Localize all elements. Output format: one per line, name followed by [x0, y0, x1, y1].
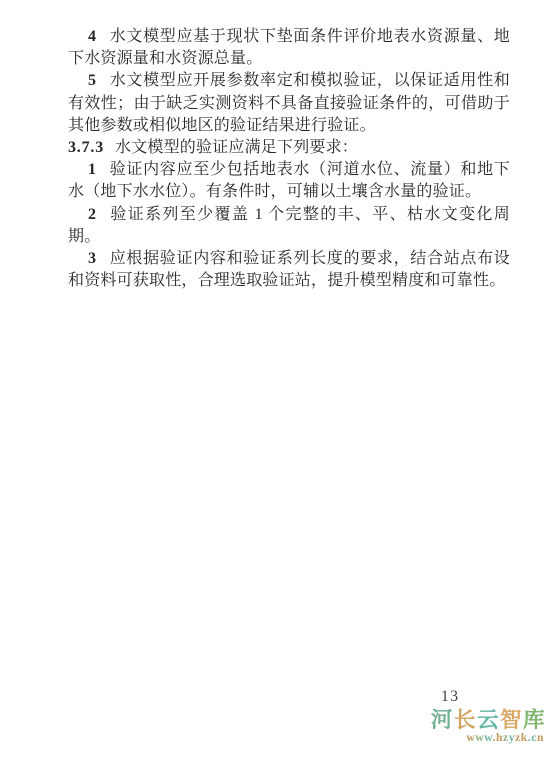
watermark-url: www.hzyzk.cn: [431, 733, 546, 745]
page-number: 13: [441, 688, 460, 706]
clause-item-text: 验证内容应至少包括地表水（河道水位、流量）和地下水（地下水水位）。有条件时，可辅…: [68, 161, 510, 200]
clause-heading-text: 水文模型的验证应满足下列要求：: [115, 139, 358, 156]
clause-paragraph: 3应根据验证内容和验证系列长度的要求，结合站点布设和资料可获取性，合理选取验证站…: [68, 248, 510, 292]
clause-item-number: 4: [88, 28, 96, 45]
clause-paragraph: 5水文模型应开展参数率定和模拟验证，以保证适用性和有效性；由于缺乏实测资料不具备…: [68, 70, 510, 137]
clause-heading-number: 3.7.3: [68, 139, 104, 156]
clause-item-number: 5: [88, 72, 96, 89]
clause-paragraph: 1验证内容应至少包括地表水（河道水位、流量）和地下水（地下水水位）。有条件时，可…: [68, 159, 510, 203]
watermark: 河长云智库 www.hzyzk.cn: [431, 710, 546, 744]
clause-item-text: 验证系列至少覆盖 1 个完整的丰、平、枯水文变化周期。: [68, 206, 510, 245]
clause-item-text: 应根据验证内容和验证系列长度的要求，结合站点布设和资料可获取性，合理选取验证站，…: [68, 250, 510, 289]
clause-item-number: 3: [88, 250, 96, 267]
clause-item-text: 水文模型应开展参数率定和模拟验证，以保证适用性和有效性；由于缺乏实测资料不具备直…: [68, 72, 510, 133]
clause-paragraph: 4水文模型应基于现状下垫面条件评价地表水资源量、地下水资源量和水资源总量。: [68, 26, 510, 70]
document-body-text: 4水文模型应基于现状下垫面条件评价地表水资源量、地下水资源量和水资源总量。 5水…: [68, 26, 510, 292]
clause-item-number: 1: [88, 161, 96, 178]
clause-heading: 3.7.3水文模型的验证应满足下列要求：: [68, 137, 510, 159]
clause-paragraph: 2验证系列至少覆盖 1 个完整的丰、平、枯水文变化周期。: [68, 204, 510, 248]
clause-item-text: 水文模型应基于现状下垫面条件评价地表水资源量、地下水资源量和水资源总量。: [68, 28, 510, 67]
document-page: 4水文模型应基于现状下垫面条件评价地表水资源量、地下水资源量和水资源总量。 5水…: [0, 0, 554, 758]
watermark-brand: 河长云智库: [431, 710, 546, 732]
clause-item-number: 2: [88, 206, 96, 223]
